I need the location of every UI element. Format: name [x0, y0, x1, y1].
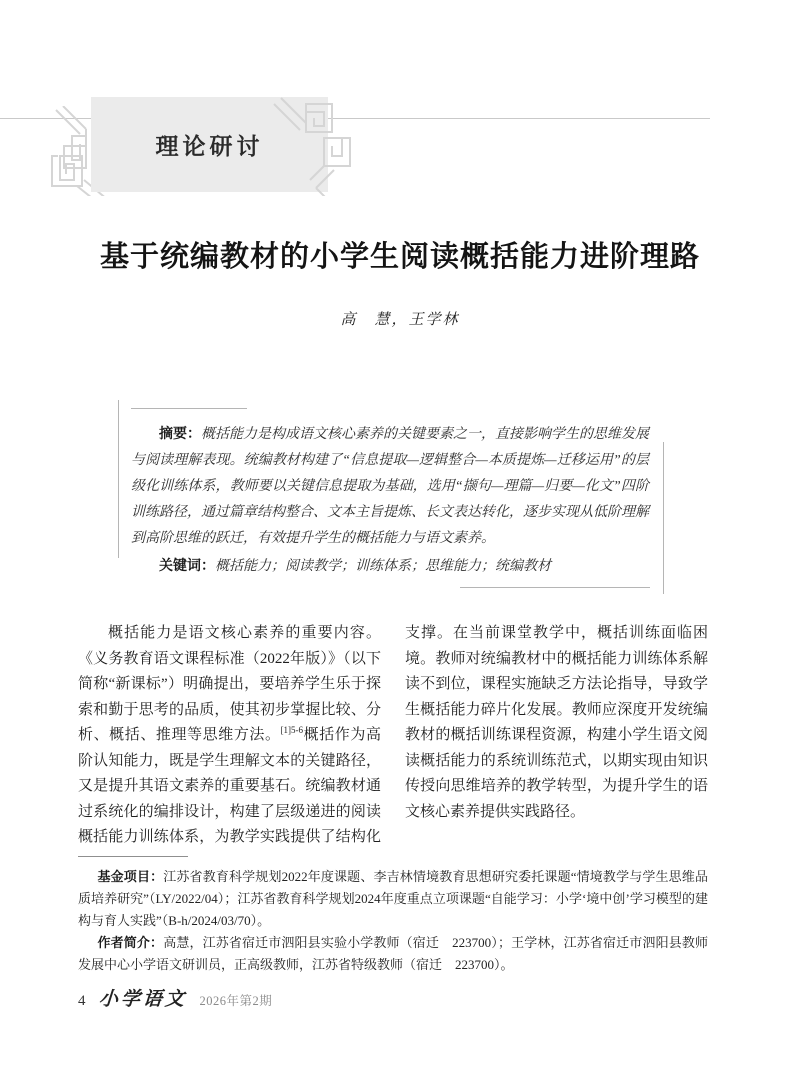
- abstract-label: 摘要：: [159, 425, 201, 441]
- page-footer: 4 小学语文 2026年第2期: [78, 984, 708, 1011]
- article-authors: 高 慧，王学林: [0, 308, 800, 329]
- footnote-divider: [78, 856, 188, 857]
- abstract-rule-bottom: [460, 587, 650, 588]
- body-text-before-citation: 概括能力是语文核心素养的重要内容。《义务教育语文课程标准（2022年版）》（以下…: [78, 625, 381, 743]
- abstract-paragraph: 摘要：概括能力是构成语文核心素养的关键要素之一，直接影响学生的思维发展与阅读理解…: [131, 420, 649, 552]
- citation-marker: [1]5-6: [281, 725, 304, 735]
- author-note: 作者简介：高慧，江苏省宿迁市泗阳县实验小学教师（宿迁 223700）；王学林，江…: [78, 932, 708, 976]
- section-label: 理论研讨: [156, 128, 264, 161]
- author-bio-label: 作者简介：: [98, 935, 164, 950]
- keywords-paragraph: 关键词：概括能力；阅读教学；训练体系；思维能力；统编教材: [131, 552, 649, 580]
- abstract-text: 摘要：概括能力是构成语文核心素养的关键要素之一，直接影响学生的思维发展与阅读理解…: [131, 420, 649, 580]
- fund-note: 基金项目：江苏省教育科学规划2022年度课题、李吉林情境教育思想研究委托课题“情…: [78, 866, 708, 932]
- article-body: 概括能力是语文核心素养的重要内容。《义务教育语文课程标准（2022年版）》（以下…: [78, 621, 708, 851]
- abstract-content: 概括能力是构成语文核心素养的关键要素之一，直接影响学生的思维发展与阅读理解表现。…: [131, 427, 649, 546]
- fund-label: 基金项目：: [98, 869, 164, 884]
- issue-info: 2026年第2期: [200, 991, 273, 1009]
- abstract-rule-top: [131, 408, 247, 409]
- abstract-rule-right: [663, 442, 664, 594]
- fund-text: 江苏省教育科学规划2022年度课题、李吉林情境教育思想研究委托课题“情境教学与学…: [78, 869, 708, 928]
- abstract-block: 摘要：概括能力是构成语文核心素养的关键要素之一，直接影响学生的思维发展与阅读理解…: [118, 400, 666, 600]
- body-paragraph: 概括能力是语文核心素养的重要内容。《义务教育语文课程标准（2022年版）》（以下…: [78, 621, 708, 851]
- keywords-label: 关键词：: [159, 557, 215, 573]
- keywords-content: 概括能力；阅读教学；训练体系；思维能力；统编教材: [215, 559, 551, 574]
- meander-ornament-right-icon: [272, 96, 352, 201]
- abstract-rule-left: [118, 400, 119, 558]
- page-number: 4: [78, 993, 86, 1010]
- author-bio-text: 高慧，江苏省宿迁市泗阳县实验小学教师（宿迁 223700）；王学林，江苏省宿迁市…: [78, 935, 708, 972]
- journal-logo: 小学语文: [98, 984, 188, 1011]
- journal-page: 理论研讨 基于统编教材的小学生阅读概括能力进阶理路 高 慧，王学林 摘要：概括能…: [0, 0, 800, 1077]
- footnotes-block: 基金项目：江苏省教育科学规划2022年度课题、李吉林情境教育思想研究委托课题“情…: [78, 856, 708, 976]
- article-title: 基于统编教材的小学生阅读概括能力进阶理路: [0, 234, 800, 275]
